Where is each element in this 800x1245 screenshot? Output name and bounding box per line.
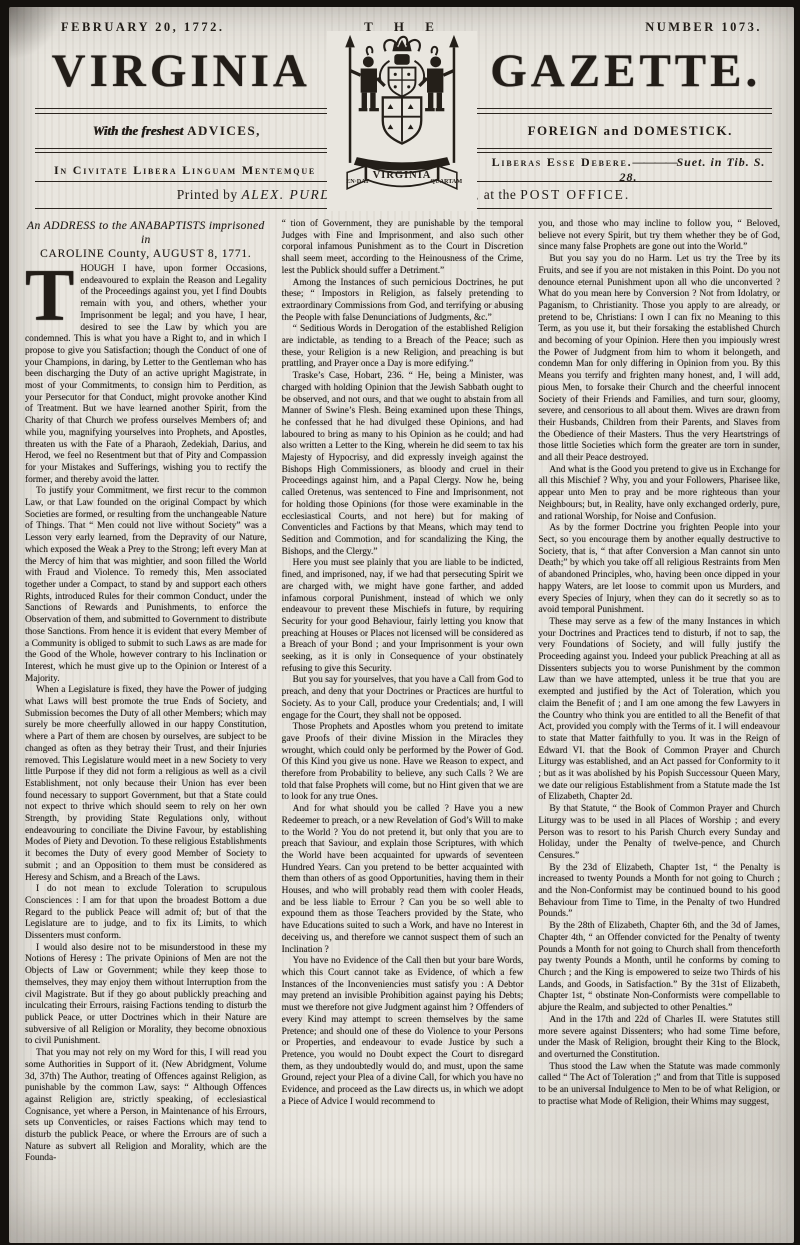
article-paragraph: These may serve as a few of the many Ins…	[538, 617, 780, 804]
article-heading: An ADDRESS to the ANABAPTISTS imprisoned…	[25, 219, 267, 261]
heading-line-1: An ADDRESS to the ANABAPTISTS imprisoned…	[25, 219, 267, 247]
issue-date: FEBRUARY 20, 1772.	[35, 20, 319, 35]
article-paragraph: you, and those who may incline to follow…	[538, 219, 780, 254]
advices-line: With the freshest ADVICES,	[35, 123, 319, 139]
article-paragraph: THOUGH I have, upon former Occasions, en…	[25, 264, 267, 486]
coat-of-arms-icon: VIRGINIA EN·DAT QUARTAM	[328, 32, 476, 210]
issue-number: NUMBER 1073.	[489, 20, 773, 35]
article-paragraph: That you may not rely on my Word for thi…	[25, 1048, 267, 1165]
crest-banner-quartam: QUARTAM	[430, 179, 462, 185]
title-virginia: VIRGINIA	[35, 44, 328, 98]
article-body: An ADDRESS to the ANABAPTISTS imprisoned…	[9, 211, 794, 1165]
left-supporter	[350, 47, 385, 111]
latin-motto-right: Liberas Esse Debere.————Suet. in Tib. S.…	[485, 155, 772, 185]
column-3: you, and those who may incline to follow…	[538, 219, 780, 1108]
article-paragraph: By the 23d of Elizabeth, Chapter 1st, “ …	[538, 863, 780, 922]
article-paragraph: When a Legislature is fixed, they have t…	[25, 685, 267, 884]
article-paragraph: And for what should you be called ? Have…	[282, 804, 524, 956]
article-paragraph: But you say for yourselves, that you hav…	[282, 675, 524, 722]
advices-blackletter: With the freshest	[93, 123, 184, 138]
advices-caps: ADVICES,	[187, 123, 261, 138]
article-paragraph: By that Statute, “ the Book of Common Pr…	[538, 804, 780, 863]
article-paragraph: Those Prophets and Apostles whom you pre…	[282, 722, 524, 804]
crest-banner-en-dat: EN·DAT	[346, 179, 369, 185]
column-1: An ADDRESS to the ANABAPTISTS imprisoned…	[25, 219, 267, 1165]
latin-motto-left: In Civitate Libera Linguam Mentemque	[35, 163, 335, 178]
article-paragraph: As by the former Doctrine you frighten P…	[538, 523, 780, 617]
masthead: FEBRUARY 20, 1772. T H E NUMBER 1073. VI…	[9, 7, 794, 209]
article-paragraph: To justify your Commitment, we first rec…	[25, 486, 267, 685]
article-paragraph: Among the Instances of such pernicious D…	[282, 278, 524, 325]
imprint-at-the: at the	[484, 187, 517, 202]
article-paragraph: Thus stood the Law when the Statute was …	[538, 1062, 780, 1109]
virginia-coat-of-arms: VIRGINIA EN·DAT QUARTAM	[327, 31, 477, 211]
article-paragraph: But you say you do no Harm. Let us try t…	[538, 254, 780, 465]
article-paragraph: And what is the Good you pretend to give…	[538, 465, 780, 524]
heading-line-2: CAROLINE County, AUGUST 8, 1771.	[25, 247, 267, 261]
article-paragraph: I would also desire not to be misunderst…	[25, 943, 267, 1048]
title-gazette: GAZETTE.	[480, 44, 773, 98]
article-paragraph: Traske’s Case, Hobart, 236. “ He, being …	[282, 371, 524, 558]
article-paragraph: And in the 17th and 22d of Charles II. w…	[538, 1015, 780, 1062]
imprint-location: POST OFFICE.	[520, 187, 630, 202]
right-supporter	[419, 47, 454, 111]
imprint-printed-by: Printed by	[177, 187, 238, 202]
article-paragraph: You have no Evidence of the Call then bu…	[282, 956, 524, 1108]
foreign-domestick-line: FOREIGN and DOMESTICK.	[489, 123, 773, 139]
article-paragraph: By the 28th of Elizabeth, Chapter 6th, a…	[538, 921, 780, 1015]
newspaper-page: FEBRUARY 20, 1772. T H E NUMBER 1073. VI…	[9, 7, 794, 1243]
motto-dash: ————	[632, 155, 676, 169]
article-paragraph: “ Seditious Words in Derogation of the e…	[282, 324, 524, 371]
column-2: “ tion of Government, they are punishabl…	[282, 219, 524, 1108]
motto-text: Liberas Esse Debere.	[492, 155, 633, 169]
article-paragraph: Here you must see plainly that you are l…	[282, 558, 524, 675]
article-paragraph: “ tion of Government, they are punishabl…	[282, 219, 524, 278]
article-paragraph: I do not mean to exclude Toleration to s…	[25, 884, 267, 943]
drop-cap: T	[25, 264, 80, 327]
crest-banner-virginia: VIRGINIA	[372, 170, 431, 181]
